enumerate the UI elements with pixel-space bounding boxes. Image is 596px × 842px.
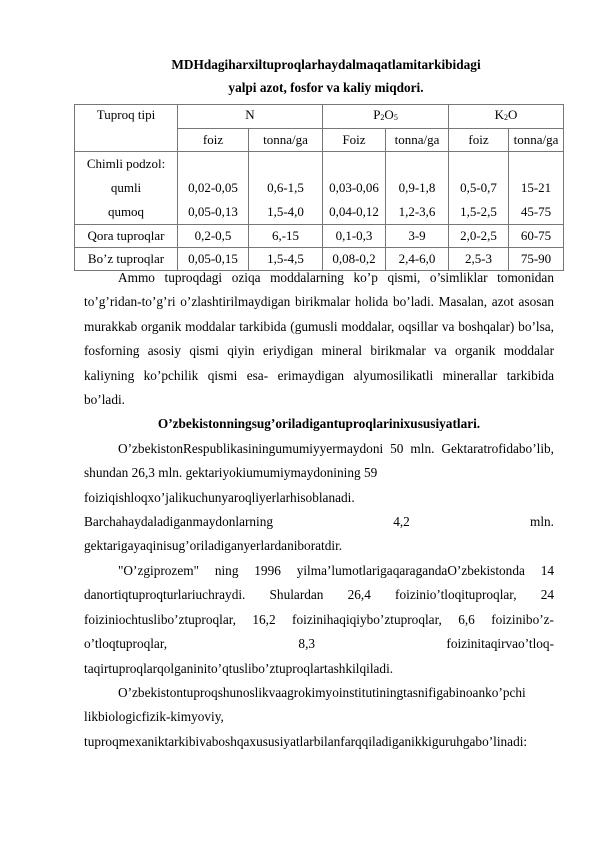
paragraph-nutrients: Ammo tuproqdagi oziqa moddalarning ko’p …	[84, 266, 554, 412]
section-heading: O’zbekistonningsug’oriladigantuproqlarin…	[84, 412, 554, 436]
paragraph-soil-types: "O’zgiprozem" ning 1996 yilma’lumotlarig…	[84, 559, 554, 657]
header-potassium-oxide: K2O	[449, 105, 564, 129]
header-nitrogen: N	[178, 105, 323, 129]
table-cell: 0,1-0,3	[323, 225, 386, 248]
paragraph-land-area: O’zbekistonRespublikasiningumumiyyermayd…	[84, 437, 554, 486]
table-cell: 60-75	[509, 225, 564, 248]
table-cell: 2,0-2,5	[449, 225, 509, 248]
row-label: Qora tuproqlar	[75, 225, 178, 248]
header-soil-type: Tuproq tipi	[75, 105, 178, 152]
table-row-chimli-podzol: Chimli podzol: qumli qumoq 0,02-0,050,05…	[75, 152, 564, 225]
document-title-line-2: yalpi azot, fosfor va kaliy miqdori.	[28, 80, 596, 96]
table-cell: 0,6-1,51,5-4,0	[249, 152, 323, 225]
paragraph-soil-types-end: taqirtuproqlarqolganinito’qtuslibo’ztupr…	[84, 657, 554, 681]
table-cell: 0,5-0,71,5-2,5	[449, 152, 509, 225]
table-cell: 3-9	[386, 225, 449, 248]
paragraph-classification-line2: likbiologicfizik-kimyoviy,	[84, 705, 554, 729]
table-cell: 6,-15	[249, 225, 323, 248]
table-cell: 0,2-0,5	[178, 225, 249, 248]
table-cell: 0,03-0,060,04-0,12	[323, 152, 386, 225]
table-row: Qora tuproqlar 0,2-0,5 6,-15 0,1-0,3 3-9…	[75, 225, 564, 248]
table-header-row: Tuproq tipi N P2O5 K2O	[75, 105, 564, 129]
body-text: Ammo tuproqdagi oziqa moddalarning ko’p …	[84, 266, 554, 754]
paragraph-irrigated-end: gektarigayaqinisug’oriladiganyerlardanib…	[84, 534, 554, 558]
subheader-cell: foiz	[449, 129, 509, 152]
subheader-cell: tonna/ga	[249, 129, 323, 152]
table-cell: 0,9-1,81,2-3,6	[386, 152, 449, 225]
paragraph-irrigated: Barchahaydaladiganmaydonlarning 4,2 mln.	[84, 510, 554, 534]
soil-nutrients-table: Tuproq tipi N P2O5 K2O foiz tonna/ga Foi…	[74, 104, 564, 271]
subheader-cell: tonna/ga	[386, 129, 449, 152]
subheader-cell: tonna/ga	[509, 129, 564, 152]
paragraph-classification: O’zbekistontuproqshunoslikvaagrokimyoins…	[84, 681, 554, 705]
row-label: Chimli podzol: qumli qumoq	[75, 152, 178, 225]
paragraph-classification-line3: tuproqmexaniktarkibivaboshqaxususiyatlar…	[84, 730, 554, 754]
paragraph-land-area-end: foiziqishloqxo’jalikuchunyaroqliyerlarhi…	[84, 486, 554, 510]
document-title-line-1: MDHdagiharxiltuproqlarhaydalmaqatlamitar…	[28, 57, 596, 73]
header-phosphorus-oxide: P2O5	[323, 105, 449, 129]
table-cell: 0,02-0,050,05-0,13	[178, 152, 249, 225]
subheader-cell: foiz	[178, 129, 249, 152]
subheader-cell: Foiz	[323, 129, 386, 152]
table-cell: 15-2145-75	[509, 152, 564, 225]
